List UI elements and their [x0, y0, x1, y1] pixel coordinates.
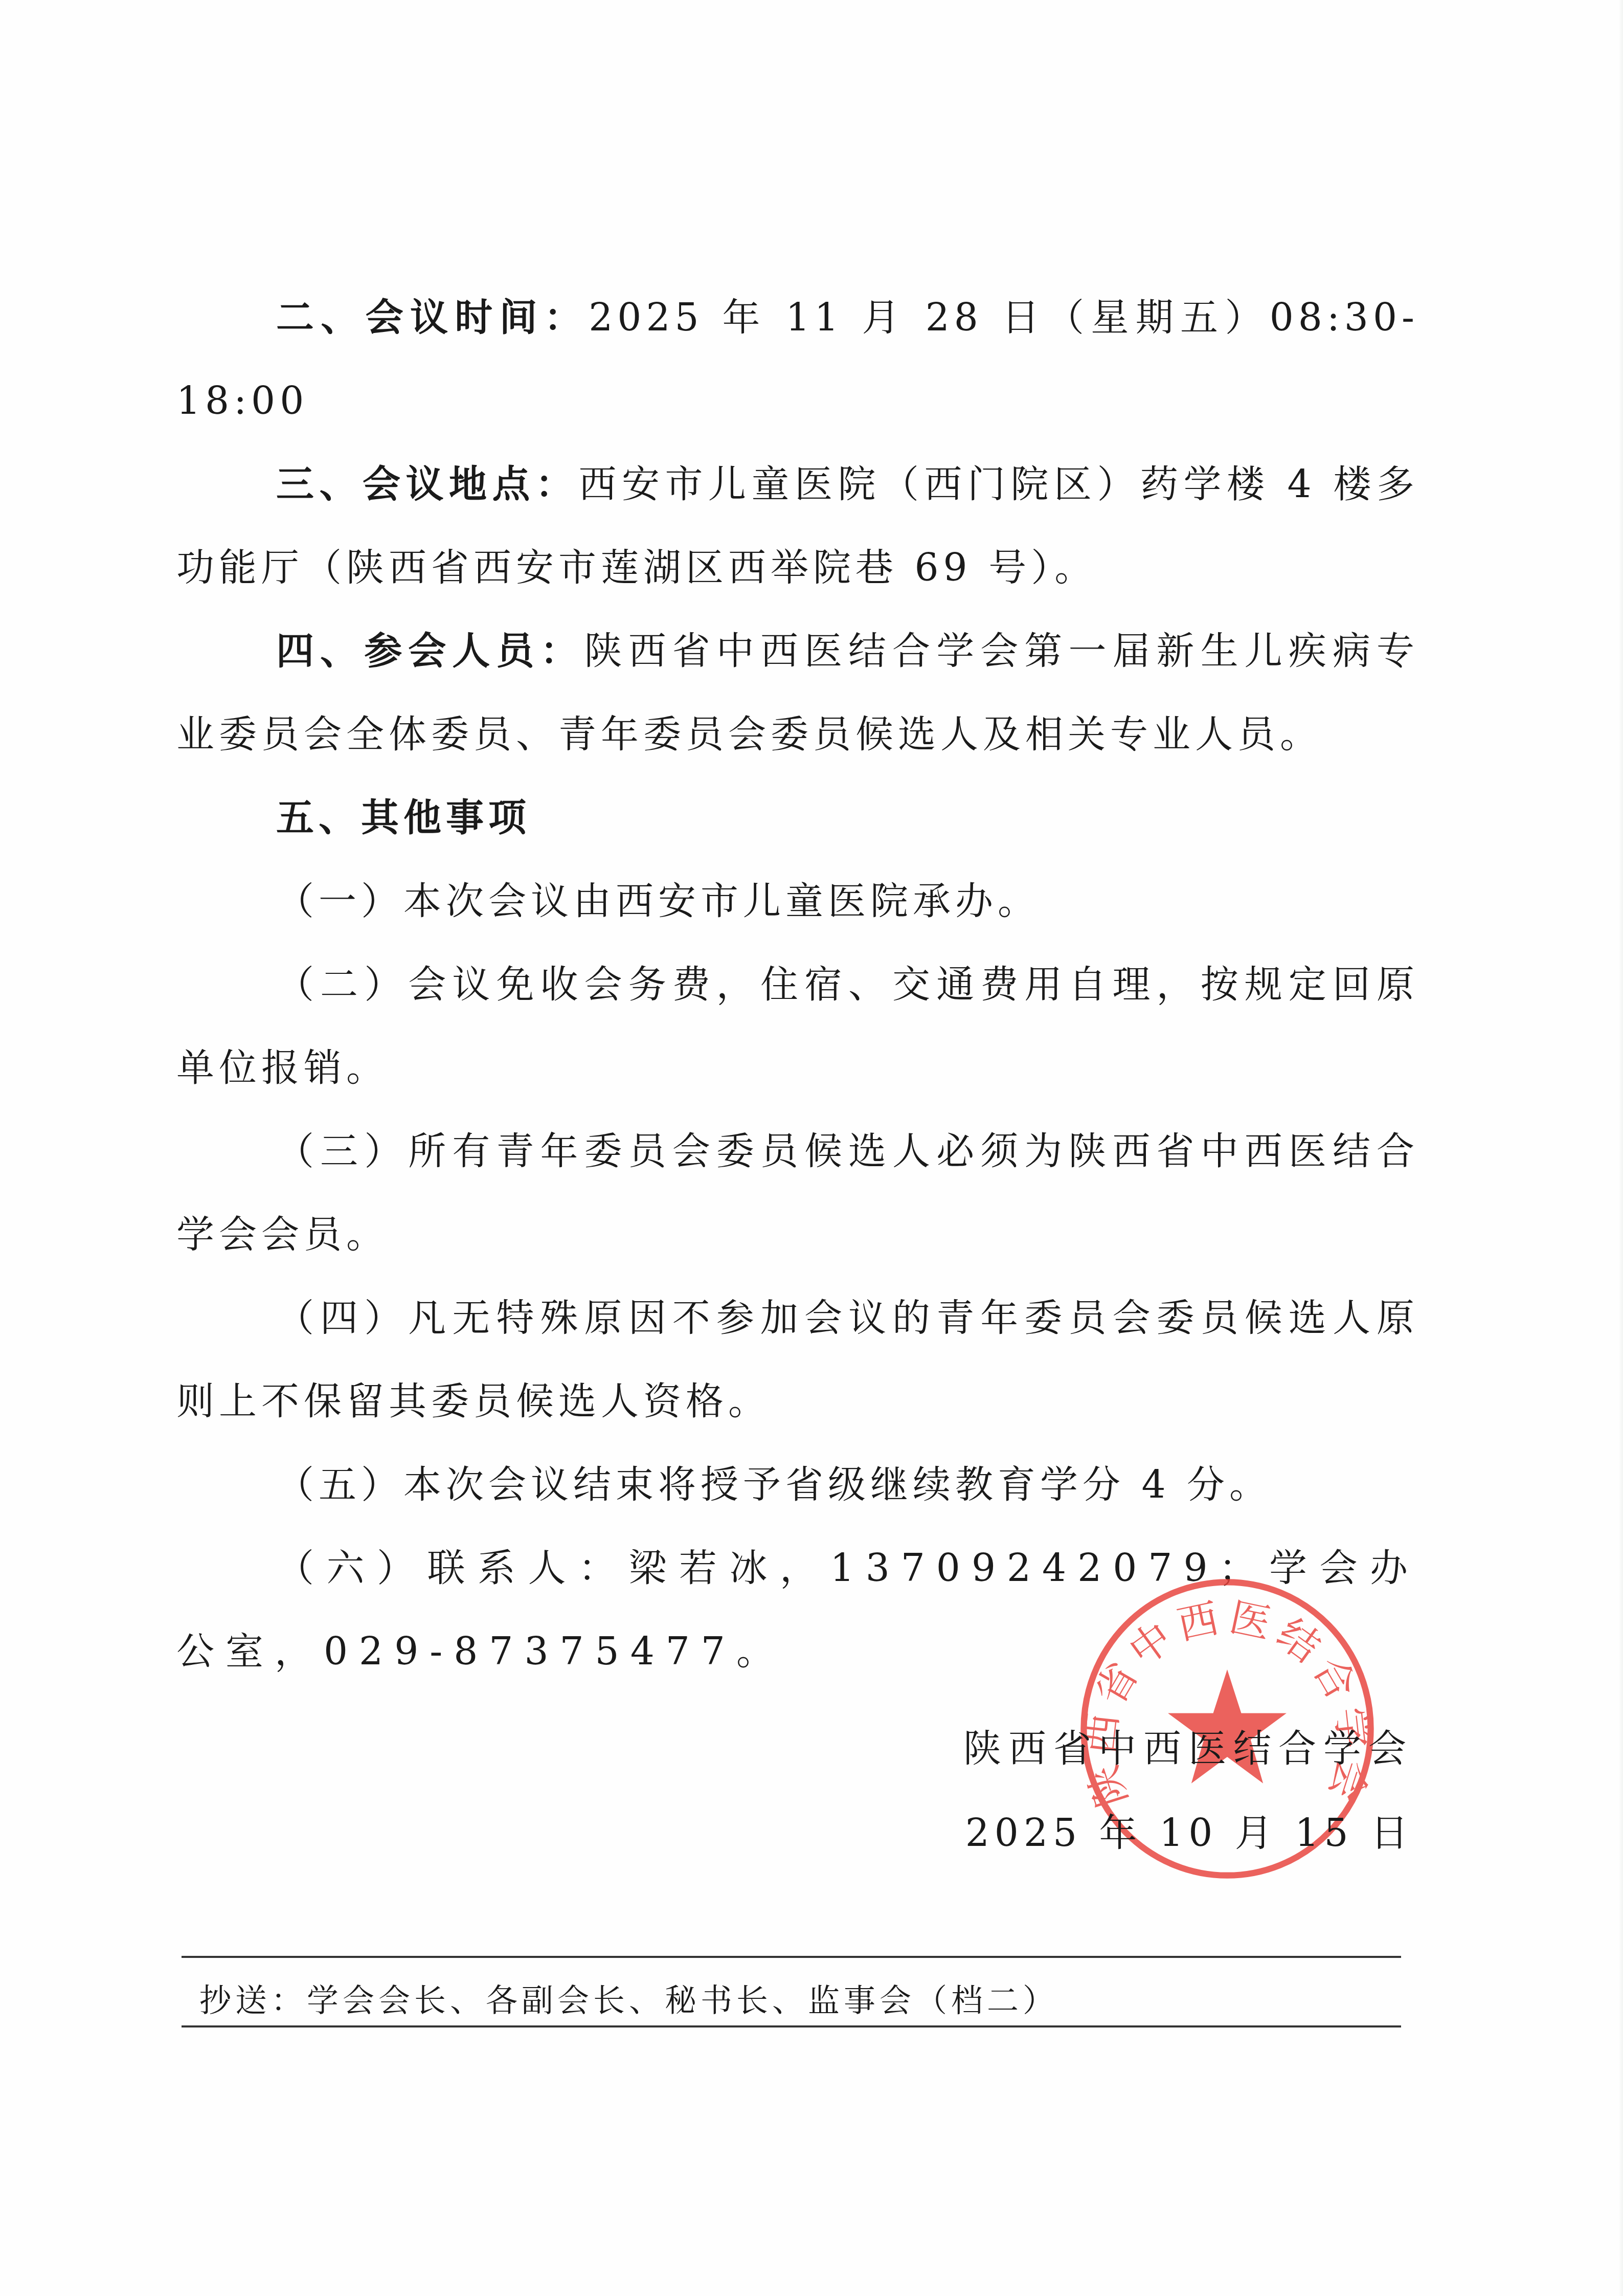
cc-divider-bottom: [182, 2025, 1401, 2027]
other-item-4: （四）凡无特殊原因不参加会议的青年委员会委员候选人原则上不保留其委员候选人资格。: [176, 1277, 1419, 1443]
section-other-heading: 五、其他事项: [176, 776, 1419, 860]
section-label: 三、会议地点：: [276, 462, 578, 506]
cc-line: 抄送：学会会长、各副会长、秘书长、监事会（档二）: [199, 1975, 1058, 2021]
other-item-5: （五）本次会议结束将授予省级继续教育学分 4 分。: [176, 1443, 1419, 1527]
document-body: 二、会议时间：2025 年 11 月 28 日（星期五）08:30-18:00 …: [176, 276, 1419, 1693]
other-item-1: （一）本次会议由西安市儿童医院承办。: [176, 860, 1419, 943]
section-meeting-location: 三、会议地点：西安市儿童医院（西门院区）药学楼 4 楼多功能厅（陕西省西安市莲湖…: [176, 443, 1419, 610]
signature-date: 2025 年 10 月 15 日: [965, 1803, 1413, 1857]
section-label: 二、会议时间：: [276, 296, 589, 340]
other-item-3: （三）所有青年委员会委员候选人必须为陕西省中西医结合学会会员。: [176, 1110, 1419, 1277]
other-item-2: （二）会议免收会务费，住宿、交通费用自理，按规定回原单位报销。: [176, 943, 1419, 1110]
document-page: 二、会议时间：2025 年 11 月 28 日（星期五）08:30-18:00 …: [0, 0, 1623, 2296]
section-label: 四、参会人员：: [276, 629, 584, 673]
scan-edge: [1619, 0, 1623, 2296]
section-attendees: 四、参会人员：陕西省中西医结合学会第一届新生儿疾病专业委员会全体委员、青年委员会…: [176, 610, 1419, 776]
section-meeting-time: 二、会议时间：2025 年 11 月 28 日（星期五）08:30-18:00: [176, 276, 1419, 443]
cc-divider-top: [182, 1956, 1401, 1958]
signature-organization: 陕西省中西医结合学会: [963, 1719, 1413, 1773]
